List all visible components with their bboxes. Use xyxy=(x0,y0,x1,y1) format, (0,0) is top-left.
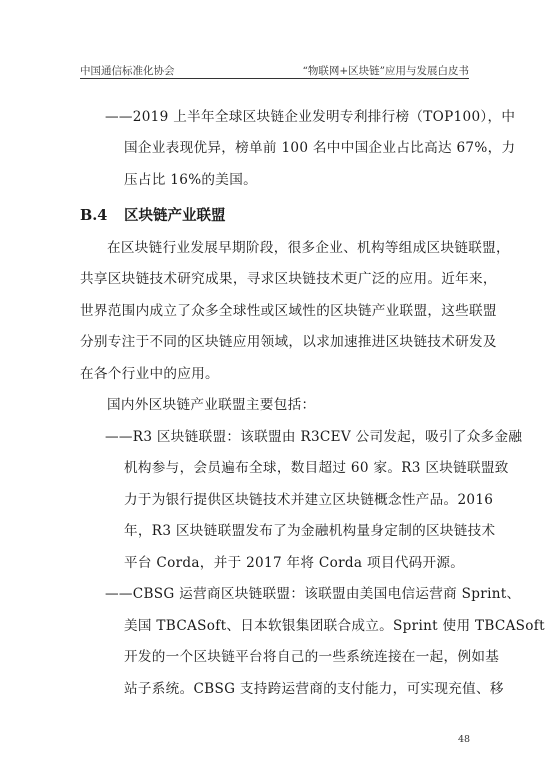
list-item-r3-line: 平台 Corda，并于 2017 年将 Corda 项目代码开源。 xyxy=(124,554,464,572)
list-item-cbsg-line: 美国 TBCASoft、日本软银集团联合成立。Sprint 使用 TBCASof… xyxy=(124,617,545,635)
paragraph-line: 国内外区块链产业联盟主要包括： xyxy=(107,396,315,414)
list-item-r3-line: 机构参与，会员遍布全球，数目超过 60 家。R3 区块链联盟致 xyxy=(124,459,509,477)
header-document-title: “物联网+区块链”应用与发展白皮书 xyxy=(302,63,469,78)
header-organization: 中国通信标准化协会 xyxy=(80,63,175,78)
list-item-cbsg-line: ——CBSG 运营商区块链联盟：该联盟由美国电信运营商 Sprint、 xyxy=(105,585,520,603)
intro-item-line: 压占比 16%的美国。 xyxy=(124,171,257,189)
list-item-r3-line: ——R3 区块链联盟：该联盟由 R3CEV 公司发起，吸引了众多金融 xyxy=(105,428,522,446)
paragraph-line: 在各个行业中的应用。 xyxy=(80,365,219,383)
list-item-cbsg-line: 站子系统。CBSG 支持跨运营商的支付能力，可实现充值、移 xyxy=(124,680,504,698)
page-number: 48 xyxy=(458,734,470,745)
list-item-r3-line: 年，R3 区块链联盟发布了为金融机构量身定制的区块链技术 xyxy=(124,522,495,540)
list-item-cbsg-line: 开发的一个区块链平台将自己的一些系统连接在一起，例如基 xyxy=(124,648,499,666)
intro-item-line: ——2019 上半年全球区块链企业发明专利排行榜（TOP100），中 xyxy=(105,108,515,126)
section-heading: B.4区块链产业联盟 xyxy=(80,204,226,225)
paragraph-line: 共享区块链技术研究成果，寻求区块链技术更广泛的应用。近年来， xyxy=(80,270,497,288)
page-header: 中国通信标准化协会 “物联网+区块链”应用与发展白皮书 xyxy=(80,62,469,79)
paragraph-line: 世界范围内成立了众多全球性或区域性的区块链产业联盟，这些联盟 xyxy=(80,302,497,320)
paragraph-line: 在区块链行业发展早期阶段，很多企业、机构等组成区块链联盟， xyxy=(107,239,510,257)
section-number: B.4 xyxy=(80,207,124,224)
paragraph-line: 分别专注于不同的区块链应用领域，以求加速推进区块链技术研发及 xyxy=(80,333,497,351)
list-item-r3-line: 力于为银行提供区块链技术并建立区块链概念性产品。2016 xyxy=(124,491,493,509)
section-title: 区块链产业联盟 xyxy=(124,208,226,224)
intro-item-line: 国企业表现优异，榜单前 100 名中中国企业占比高达 67%，力 xyxy=(124,139,515,157)
